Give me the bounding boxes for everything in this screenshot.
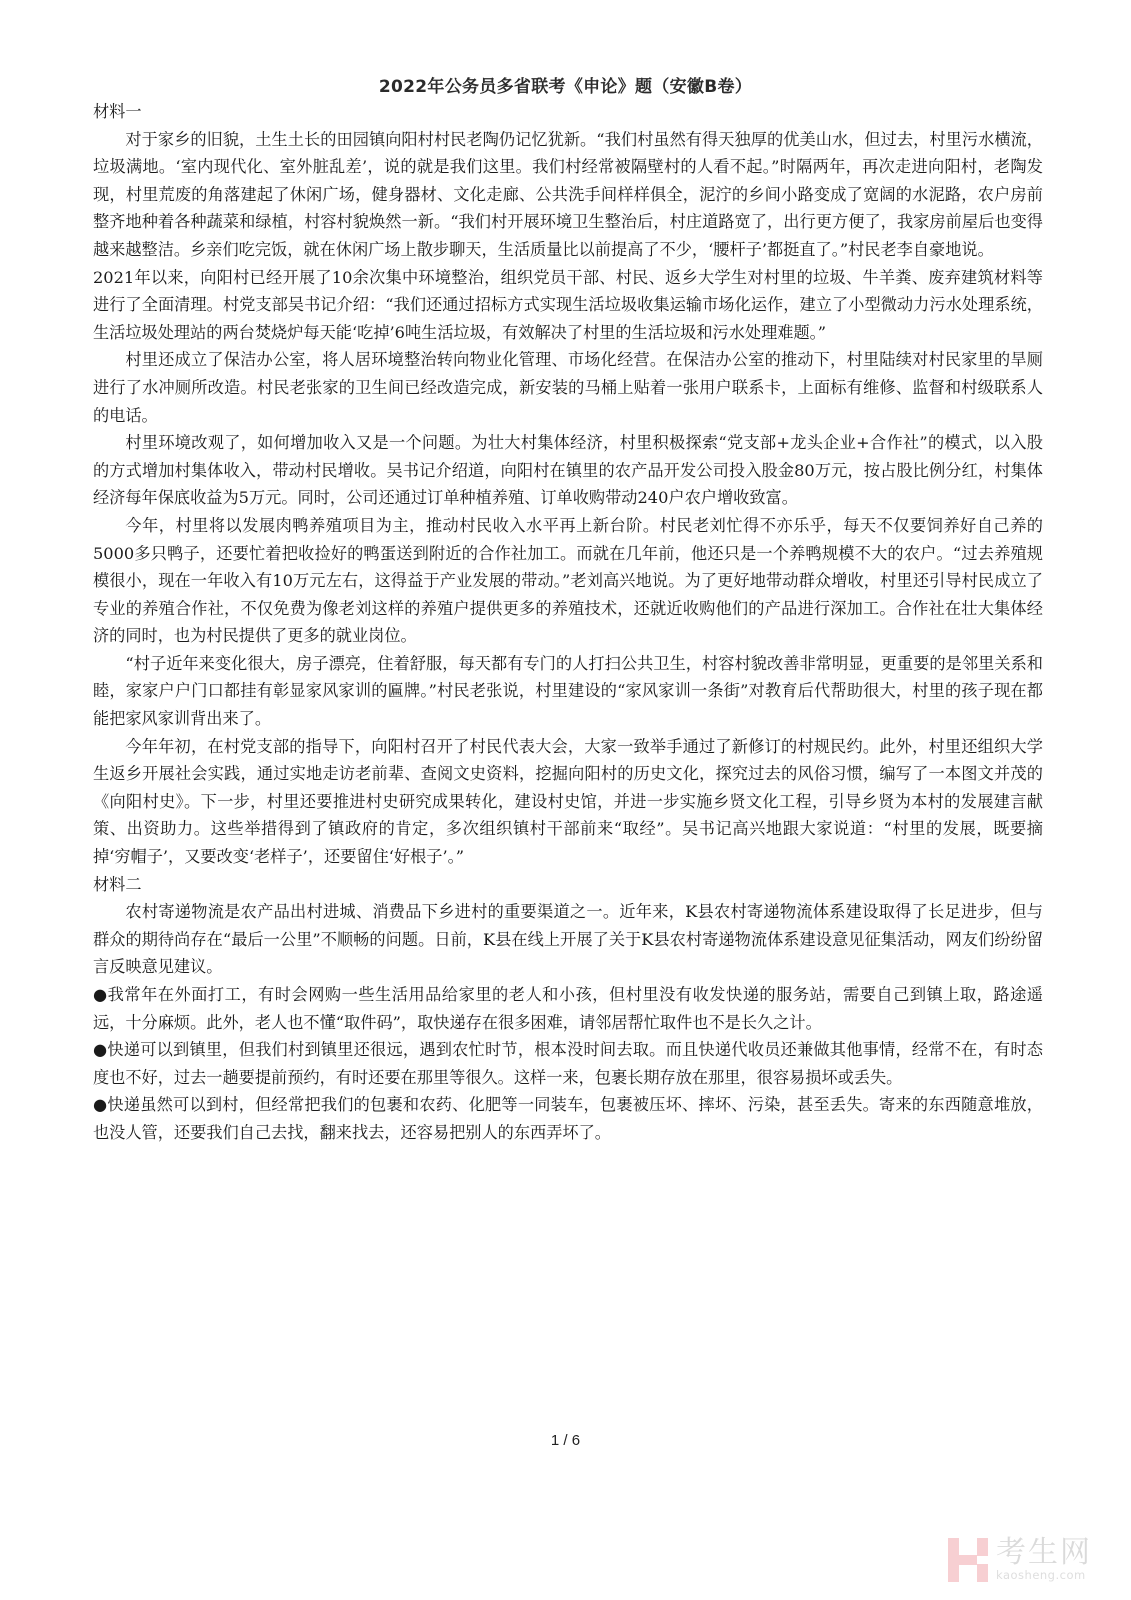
- watermark: 考生网 kaosheng.com: [948, 1530, 1128, 1590]
- watermark-brand-cn: 考生网: [996, 1538, 1092, 1568]
- material-1-heading: 材料一: [93, 98, 1043, 126]
- document-page: 2022年公务员多省联考《申论》题（安徽B卷） 材料一 对于家乡的旧貌，土生土长…: [0, 0, 1131, 1600]
- material-1-paragraph: 对于家乡的旧貌，土生土长的田园镇向阳村村民老陶仍记忆犹新。“我们村虽然有得天独厚…: [93, 126, 1043, 264]
- material-2-comment: ●快递可以到镇里，但我们村到镇里还很远，遇到农忙时节，根本没时间去取。而且快递代…: [93, 1036, 1043, 1091]
- material-2-heading: 材料二: [93, 871, 1043, 899]
- document-title: 2022年公务员多省联考《申论》题（安徽B卷）: [0, 72, 1131, 97]
- material-1-paragraph: 今年年初，在村党支部的指导下，向阳村召开了村民代表大会，大家一致举手通过了新修订…: [93, 733, 1043, 871]
- material-1-paragraph: 村里环境改观了，如何增加收入又是一个问题。为壮大村集体经济，村里积极探索“党支部…: [93, 429, 1043, 512]
- kaosheng-logo-icon: [948, 1538, 988, 1582]
- material-1-paragraph: 今年，村里将以发展肉鸭养殖项目为主，推动村民收入水平再上新台阶。村民老刘忙得不亦…: [93, 512, 1043, 650]
- material-1-paragraph: “村子近年来变化很大，房子漂亮，住着舒服，每天都有专门的人打扫公共卫生，村容村貌…: [93, 650, 1043, 733]
- material-2-intro: 农村寄递物流是农产品出村进城、消费品下乡进村的重要渠道之一。近年来，K县农村寄递…: [93, 898, 1043, 981]
- material-1-paragraph: 2021年以来，向阳村已经开展了10余次集中环境整治，组织党员干部、村民、返乡大…: [93, 264, 1043, 347]
- watermark-brand-en: kaosheng.com: [996, 1570, 1092, 1582]
- material-2-comment: ●快递虽然可以到村，但经常把我们的包裹和农药、化肥等一同装车，包裹被压坏、摔坏、…: [93, 1091, 1043, 1146]
- document-body: 材料一 对于家乡的旧貌，土生土长的田园镇向阳村村民老陶仍记忆犹新。“我们村虽然有…: [93, 98, 1043, 1147]
- material-1-paragraph: 村里还成立了保洁办公室，将人居环境整治转向物业化管理、市场化经营。在保洁办公室的…: [93, 346, 1043, 429]
- material-2-comment: ●我常年在外面打工，有时会网购一些生活用品给家里的老人和小孩，但村里没有收发快递…: [93, 981, 1043, 1036]
- watermark-text: 考生网 kaosheng.com: [996, 1538, 1092, 1582]
- page-number: 1 / 6: [0, 1432, 1131, 1449]
